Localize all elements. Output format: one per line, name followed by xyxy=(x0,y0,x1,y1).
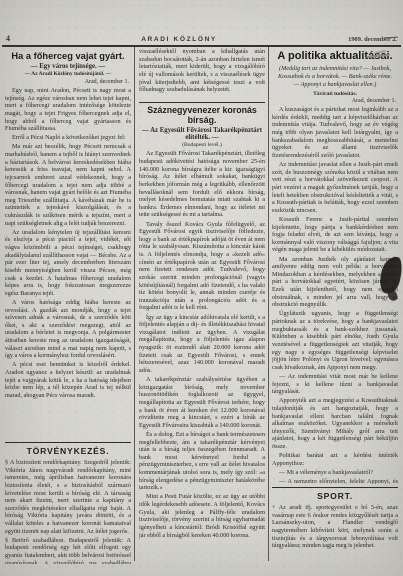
column-divider xyxy=(134,47,135,561)
paragraph: + Az aradi ifj. sportegyesület e hó 5-én… xyxy=(272,504,398,550)
article-body: Az Egyesült Fővárosi Takarékpénztárt, il… xyxy=(139,150,265,564)
article-subtitle: — Egy város tejínsége. — xyxy=(5,63,131,70)
paragraph: § Betörő szabadlábon. Budapestről jelent… xyxy=(5,537,131,564)
article-byline: — Az Aradi Közlöny tudósítójától. — xyxy=(5,71,131,77)
paragraph: A pécsi eset bennünket is közelről érdek… xyxy=(5,361,131,399)
article-separator-rule xyxy=(139,102,265,103)
article-subtitle: — Az Egyesült Fővárosi Takarékpénztárt e… xyxy=(139,127,265,141)
paragraph: Apponyiék azt a megjegyzést a Kossuthiak… xyxy=(272,397,398,450)
page-number: 4 xyxy=(6,34,10,43)
article-body: A kuszaságot és a pártokat most leginkáb… xyxy=(272,106,398,484)
paragraph: Az Egyesült Fővárosi Takarékpénztárt, il… xyxy=(139,150,265,219)
section-sport: SPORT. + Az aradi ifj. sportegyesület e … xyxy=(272,487,398,550)
article-subtitle: (Meddig tart az indemnitási vita? — Just… xyxy=(276,65,394,89)
page-header: 4 ARADI KÖZLÖNY 1909. december 2. xyxy=(6,30,397,43)
article-kicker: Távirati tudósítás. xyxy=(272,91,398,97)
paragraph: Így az ügy a kincstár adóhivatala elé ke… xyxy=(139,314,265,375)
column-right: A politika aktualitásai. (Meddig tart az… xyxy=(272,48,398,564)
paragraph: Úgylátszik ugyanis, hogy a függetlenségi… xyxy=(272,310,398,371)
paragraph: Mint a Pesti Futár közölte, ez az ügy az… xyxy=(139,493,265,539)
article-kicker: (Budapesti levél.) xyxy=(139,142,265,148)
paragraph: A város hatósága eddig hiába kereste az … xyxy=(5,299,131,360)
paragraph: — Mi a véleménye a bankjavaslatról? xyxy=(272,469,398,477)
paragraph: Kossuth Ferenc a Justh-párttal szemben k… xyxy=(272,216,398,254)
column-divider xyxy=(268,47,269,561)
article-dateline: Arad, december 1. xyxy=(5,79,129,85)
article-body: Egy nap, mint Aradon, Pécsett is nagy mo… xyxy=(5,87,131,439)
paragraph: § A biztosított rendőrkapitány. Szegedrő… xyxy=(5,459,131,535)
paragraph: — Az indemnitási vitát most már be kelle… xyxy=(272,373,398,396)
column-middle: visszaélésektől nyomban a kihallgatás ut… xyxy=(139,48,265,564)
paragraph: visszaélésektől nyomban a kihallgatás ut… xyxy=(139,48,265,94)
continuation-text: visszaélésektől nyomban a kihallgatás ut… xyxy=(139,48,265,100)
masthead: ARADI KÖZLÖNY xyxy=(141,36,217,43)
paragraph: És a dolog. Ezt a bírságot a bank termés… xyxy=(139,431,265,492)
article-dateline: Arad, december 1. xyxy=(272,98,396,104)
paragraph: Politikai barátai azt a kérdést intézték… xyxy=(272,452,398,467)
paragraph: Ma már azt beszélik, hogy Pécsett nemcsa… xyxy=(5,143,131,227)
newspaper-page: 4 ARADI KÖZLÖNY 1909. december 2. Ha a f… xyxy=(0,0,403,576)
section-header: SPORT. xyxy=(272,491,398,501)
section-header: TÖRVÉNYKEZÉS. xyxy=(5,446,131,456)
paragraph: A kuszaságot és a pártokat most leginkáb… xyxy=(272,106,398,159)
paragraph: Az uradalom kénytelen új tejszállítást k… xyxy=(5,229,131,298)
section-torvenykezes: TÖRVÉNYKEZÉS. § A biztosított rendőrkapi… xyxy=(5,442,131,564)
paragraph: Erről a Pécsi Napló a következőket jegyz… xyxy=(5,134,131,142)
paragraph: Tavaly ősszel Kovács Gyula főfelügyelő, … xyxy=(139,221,265,313)
paragraph: A takarékpénztár szabálysértése ügyében … xyxy=(139,376,265,429)
paragraph: Az indemnitási javaslat ellen a Justh-pá… xyxy=(272,161,398,214)
article-title: Száznegyvenezer koronás bírság. xyxy=(139,105,265,125)
header-rule xyxy=(2,45,401,47)
paragraph: — A nemzetre előnytelen, felelte Apponyi… xyxy=(272,478,398,484)
article-title: Ha a főherceg vajat gyárt. xyxy=(5,51,131,61)
paragraph: Egy nap, mint Aradon, Pécsett is nagy mo… xyxy=(5,87,131,133)
column-left: Ha a főherceg vajat gyárt. — Egy város t… xyxy=(5,48,131,564)
